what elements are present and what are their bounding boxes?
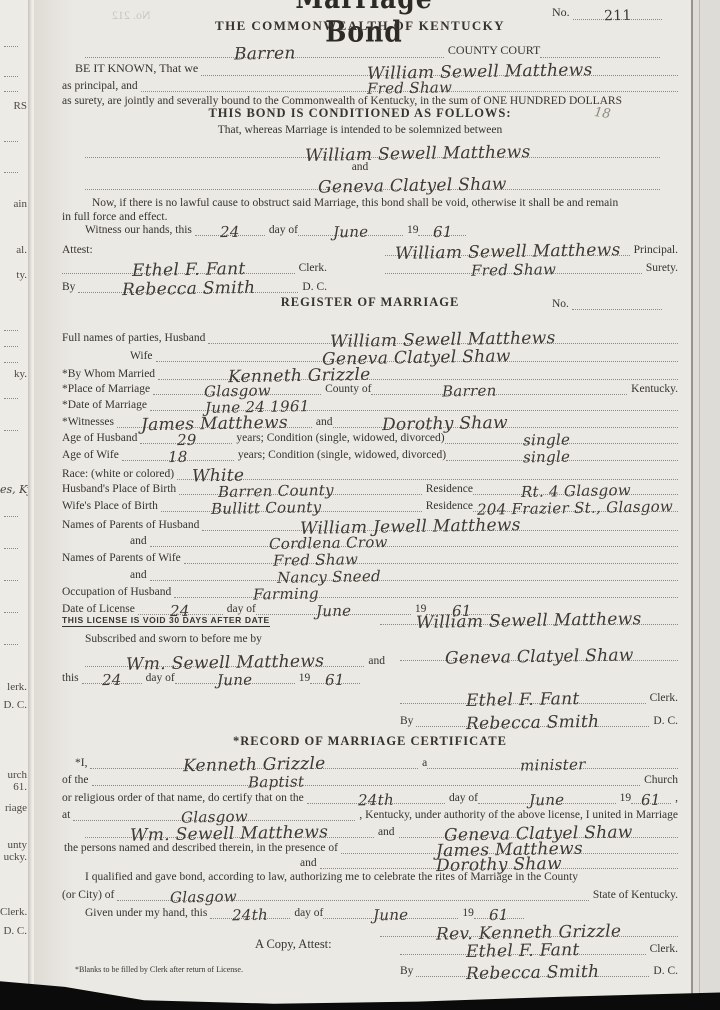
line-fragment (4, 362, 18, 363)
facing-page-text-fragment: ky. (0, 368, 28, 380)
cert-clerk-label: Clerk. (646, 943, 678, 955)
cert-by-label: By (400, 965, 416, 977)
denomination-rule: Baptist (92, 774, 641, 786)
certificate-title: *RECORD OF MARRIAGE CERTIFICATE (233, 734, 507, 749)
line-fragment (4, 330, 18, 331)
cert-deputy-label: D. C. (649, 965, 678, 977)
conditioned-heading: THIS BOND IS CONDITIONED AS FOLLOWS: (60, 105, 660, 121)
qualified-text: I qualified and gave bond, according to … (85, 871, 578, 883)
age-wife-row: Age of Wife 18 years; Condition (single,… (62, 443, 678, 461)
handwritten-given-day: 24th (232, 910, 268, 922)
as-principal-line: as principal, and Fred Shaw (62, 76, 678, 92)
occupation-row: Occupation of Husband Farming (62, 580, 678, 598)
sworn-year-prefix: 19 (295, 672, 311, 684)
whereas-text: That, whereas Marriage is intended to be… (218, 124, 503, 136)
handwritten-license-signature: William Sewell Matthews (416, 614, 642, 629)
day-rule: 24 (195, 224, 265, 236)
principal-name-rule: William Sewell Matthews (201, 64, 678, 76)
footnote-line: *Blanks to be filled by Clerk after retu… (75, 958, 335, 974)
qualified-line: I qualified and gave bond, according to … (85, 867, 678, 883)
handwritten-sworn-day: 24 (102, 675, 122, 686)
be-it-known-label: BE IT KNOWN, That we (75, 61, 201, 76)
cert-deputy-line: By Rebecca Smith D. C. (400, 955, 678, 977)
handwritten-sworn-name-2: Geneva Clatyel Shaw (445, 650, 634, 664)
sworn-day-of-label: day of (142, 672, 175, 684)
register-number-line: No. (552, 294, 662, 310)
facing-page-text-fragment: ain (0, 198, 28, 210)
county-court-line: Barren COUNTY COURT (85, 40, 660, 58)
age-husband-row: Age of Husband 29 years; Condition (sing… (62, 426, 678, 444)
parents-wife-row: Names of Parents of Wife Fred Shaw (62, 546, 678, 564)
sworn-by-label: By (400, 715, 416, 727)
certify-line: or religious order of that name, do cert… (62, 786, 678, 804)
copy-attest-line: A Copy, Attest: (255, 936, 395, 952)
or-city-line: (or City) of Glasgow State of Kentucky. (62, 883, 678, 901)
line-fragment (4, 172, 18, 173)
sworn-name2-rule: Geneva Clatyel Shaw (400, 649, 678, 661)
day-of-label: day of (265, 224, 298, 236)
wife-birth-row: Wife's Place of Birth Bullitt County Res… (62, 494, 678, 512)
surety-signature-line: Fred Shaw Surety. (385, 252, 678, 274)
line-fragment (4, 612, 18, 613)
deputy-signature-rule: Rebecca Smith (78, 281, 298, 293)
sworn-deputy-label: D. C. (649, 715, 678, 727)
void-notice-text: THIS LICENSE IS VOID 30 DAYS AFTER DATE (62, 615, 270, 627)
facing-page-text-fragment: ty. (0, 269, 28, 281)
page-edge-line-2 (699, 0, 700, 1010)
facing-page-text-fragment: Clerk. (0, 906, 28, 918)
be-it-known-line: BE IT KNOWN, That we William Sewell Matt… (75, 58, 678, 76)
church-line: of the Baptist Church (62, 768, 678, 786)
sworn-label: Subscribed and sworn to before me by (85, 633, 262, 645)
register-number-label: No. (552, 298, 572, 310)
cert-clerk-rule: Ethel F. Fant (400, 943, 646, 955)
bride-name-line: Geneva Clatyel Shaw (85, 168, 660, 190)
sworn-deputy-rule: Rebecca Smith (416, 715, 649, 727)
cert-clerk-line: Ethel F. Fant Clerk. (400, 933, 678, 955)
handwritten-surety-signature: Fred Shaw (471, 264, 556, 276)
handwritten-day: 24 (220, 227, 240, 238)
register-number-rule (572, 309, 662, 310)
sworn-deputy-line: By Rebecca Smith D. C. (400, 705, 678, 727)
sworn-date-line: this 24 day of June 19 61 (62, 666, 385, 684)
facing-page-text-fragment: al. (0, 244, 28, 256)
of-the-label: of the (62, 774, 92, 786)
next-page-edge (691, 0, 720, 1010)
line-fragment (4, 91, 18, 92)
facing-page-text-fragment: RS (0, 100, 28, 112)
line-fragment (4, 516, 18, 517)
sworn-label-line: Subscribed and sworn to before me by (85, 629, 335, 645)
surety-label: Surety. (642, 262, 678, 274)
given-day-of-label: day of (290, 907, 323, 919)
bride-name-rule: Geneva Clatyel Shaw (85, 178, 660, 190)
facing-page-text-fragment: riage (0, 802, 28, 814)
facing-page-text-fragment: D. C. (0, 699, 28, 711)
state-of-kentucky-label: State of Kentucky. (589, 889, 678, 901)
conditioned-text: THIS BOND IS CONDITIONED AS FOLLOWS: (208, 106, 511, 121)
sworn-year-rule: 61 (310, 672, 360, 684)
groom-name-line: William Sewell Matthews (85, 136, 660, 158)
license-signature-rule: William Sewell Matthews (380, 613, 678, 625)
husband-name-row: Full names of parties, Husband William S… (62, 324, 678, 344)
line-fragment (4, 346, 18, 347)
facing-page-edge: RS ain al. ty. ky. es, Ky. lerk. D. C. u… (0, 0, 28, 1010)
deputy-signature-line: By Rebecca Smith D. C. (62, 271, 327, 293)
husband-birth-row: Husband's Place of Birth Barren County R… (62, 477, 678, 495)
county-rule: Barren (85, 46, 444, 58)
sworn-clerk-label: Clerk. (646, 692, 678, 704)
by-label: By (62, 281, 78, 293)
cert-deputy-rule: Rebecca Smith (416, 965, 649, 977)
sworn-month-rule: June (175, 672, 295, 684)
facing-page-text-fragment: urch (0, 769, 28, 781)
facing-page-text-fragment: unty (0, 839, 28, 851)
page-edge-line (691, 0, 693, 1010)
line-fragment (4, 644, 18, 645)
line-fragment (4, 430, 18, 431)
facing-page-text-fragment: D. C. (0, 925, 28, 937)
husband-mother-row: and Cordlena Crow (130, 529, 678, 547)
sworn-day-rule: 24 (82, 672, 142, 684)
witness-hands-label: Witness our hands, this (85, 224, 195, 236)
certificate-i-line: *I, Kenneth Grizzle a minister (75, 749, 678, 769)
sworn-clerk-rule: Ethel F. Fant (400, 692, 646, 704)
commonwealth-text: THE COMMONWEALTH OF KENTUCKY (215, 18, 505, 34)
handwritten-month: June (333, 227, 369, 239)
handwritten-cert-deputy: Rebecca Smith (466, 967, 599, 980)
surety-signature-rule: Fred Shaw (385, 262, 642, 274)
at-label: at (62, 809, 73, 821)
line-fragment (4, 398, 18, 399)
date-of-marriage-row: *Date of Marriage June 24 1961 (62, 393, 678, 411)
line-fragment (4, 76, 18, 77)
wife-name-row: Wife Geneva Clatyel Shaw (130, 342, 678, 362)
sworn-name1-line: Wm. Sewell Matthews and (85, 645, 385, 667)
line-fragment (4, 46, 18, 47)
copy-attest-label: A Copy, Attest: (255, 937, 332, 952)
void-notice-line: THIS LICENSE IS VOID 30 DAYS AFTER DATE (62, 611, 292, 627)
handwritten-sworn-deputy: Rebecca Smith (466, 717, 599, 730)
wife-mother-row: and Nancy Sneed (130, 563, 678, 581)
county-court-label: COUNTY COURT (444, 43, 541, 58)
footnote-text: *Blanks to be filled by Clerk after retu… (75, 965, 243, 974)
handwritten-bride-name: Geneva Clatyel Shaw (318, 179, 507, 193)
or-city-label: (or City) of (62, 889, 117, 901)
given-day-rule: 24th (210, 907, 290, 919)
certificate-heading: *RECORD OF MARRIAGE CERTIFICATE (60, 733, 680, 749)
facing-page-text-fragment: ucky. (0, 851, 28, 863)
city-rule: Glasgow (117, 889, 588, 901)
line-fragment (4, 141, 18, 142)
facing-page-text-fragment: lerk. (0, 681, 28, 693)
sworn-name2-line: Geneva Clatyel Shaw (400, 637, 678, 661)
register-title: REGISTER OF MARRIAGE (281, 295, 460, 310)
church-label: Church (640, 774, 678, 786)
license-signature-line: William Sewell Matthews (380, 603, 678, 625)
handwritten-sworn-year: 61 (325, 675, 345, 686)
given-label: Given under my hand, this (85, 907, 210, 919)
united-couple-line: Wm. Sewell Matthews and Geneva Clatyel S… (85, 818, 678, 838)
whereas-line: That, whereas Marriage is intended to be… (60, 120, 660, 136)
commonwealth-heading: THE COMMONWEALTH OF KENTUCKY (60, 18, 660, 34)
sworn-this-label: this (62, 672, 82, 684)
handwritten-license-month: June (316, 606, 352, 618)
facing-page-text-fragment: 61. (0, 781, 28, 793)
facing-page-handwriting-fragment: es, Ky. (0, 483, 28, 496)
handwritten-sworn-month: June (217, 675, 253, 687)
sworn-clerk-line: Ethel F. Fant Clerk. (400, 682, 678, 704)
parents-husband-row: Names of Parents of Husband William Jewe… (62, 511, 678, 531)
scanned-marriage-bond-photo: RS ain al. ty. ky. es, Ky. lerk. D. C. u… (0, 0, 720, 1010)
line-fragment (4, 580, 18, 581)
line-fragment (4, 548, 18, 549)
deputy-label: D. C. (298, 281, 327, 293)
